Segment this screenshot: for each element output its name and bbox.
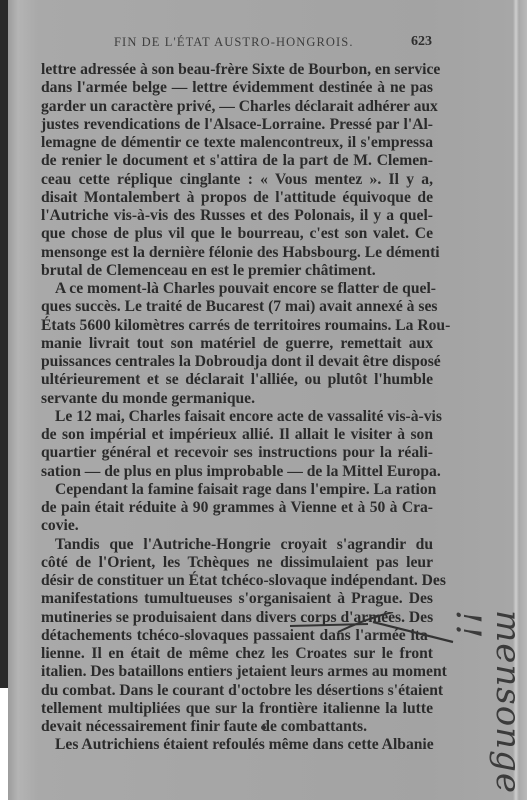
text-line: garder un caractère privé, — Charles déc… bbox=[41, 98, 433, 116]
text-line: Les Autrichiens étaient refoulés même da… bbox=[41, 736, 433, 754]
text-line: de renier le document et s'attira de la … bbox=[41, 152, 433, 170]
text-line: Tandis que l'Autriche-Hongrie croyait s'… bbox=[41, 536, 433, 554]
text-line: servante du monde germanique. bbox=[41, 390, 433, 408]
text-line: quartier général et recevoir ses instruc… bbox=[41, 444, 433, 462]
text-line: mensonge est la dernière félonie des Hab… bbox=[41, 244, 433, 262]
text-line: Le 12 mai, Charles faisait encore acte d… bbox=[41, 408, 433, 426]
text-line: ultérieurement et se déclarait l'alliée,… bbox=[41, 371, 433, 389]
text-line: sation — de plus en plus improbable — de… bbox=[41, 463, 433, 481]
text-line: lettre adressée à son beau-frère Sixte d… bbox=[41, 61, 433, 79]
page-header: FIN DE L'ÉTAT AUSTRO-HONGROIS. 623 bbox=[42, 35, 432, 53]
text-line: dans l'armée belge — lettre évidemment d… bbox=[41, 79, 433, 97]
text-line: italien. Des bataillons entiers jetaient… bbox=[41, 663, 433, 681]
page-number: 623 bbox=[411, 34, 432, 50]
text-line: disait Montalembert à propos de l'attitu… bbox=[41, 189, 433, 207]
text-line: brutal de Clemenceau en est le premier c… bbox=[41, 262, 433, 280]
text-line: devait nécessairement finir faute de com… bbox=[41, 718, 433, 736]
text-line: ceau cette réplique cinglante : « Vous m… bbox=[41, 171, 433, 189]
text-line: A ce moment-là Charles pouvait encore se… bbox=[41, 280, 433, 298]
text-line: du combat. Dans le courant d'octobre les… bbox=[41, 682, 433, 700]
folio-dot bbox=[261, 725, 266, 730]
handwritten-margin-note: mensonge !! bbox=[468, 568, 508, 800]
text-line: puissances centrales la Dobroudja dont i… bbox=[41, 353, 433, 371]
text-line: lemagne de démentir ce texte malencontre… bbox=[41, 134, 433, 152]
text-line: que chose de plus vil que le bourreau, c… bbox=[41, 225, 433, 243]
running-title: FIN DE L'ÉTAT AUSTRO-HONGROIS. bbox=[114, 35, 354, 50]
text-line: l'Autriche vis-à-vis des Russes et des P… bbox=[41, 207, 433, 225]
text-line: justes revendications de l'Alsace-Lorrai… bbox=[41, 116, 433, 134]
text-line: côté de l'Orient, les Tchèques ne dissim… bbox=[41, 554, 433, 572]
text-line: covie. bbox=[41, 517, 433, 535]
text-line: ques succès. Le traité de Bucarest (7 ma… bbox=[41, 298, 433, 316]
pen-strike-mark-icon bbox=[258, 612, 458, 652]
text-line: de pain était réduite à 90 grammes à Vie… bbox=[41, 499, 433, 517]
text-line: Cependant la famine faisait rage dans l'… bbox=[41, 481, 433, 499]
scan-frame: FIN DE L'ÉTAT AUSTRO-HONGROIS. 623 lettr… bbox=[0, 0, 527, 800]
text-line: États 5600 kilomètres carrés de territoi… bbox=[41, 317, 433, 335]
book-page: FIN DE L'ÉTAT AUSTRO-HONGROIS. 623 lettr… bbox=[8, 0, 527, 800]
text-line: tellement multipliées que sur la frontiè… bbox=[41, 700, 433, 718]
text-line: désir de constituer un État tchéco-slova… bbox=[41, 572, 433, 590]
text-line: manie livrait tout son matériel de guerr… bbox=[41, 335, 433, 353]
text-line: manifestations tumultueuses s'organisaie… bbox=[41, 590, 433, 608]
margin-note-text: mensonge !! bbox=[448, 610, 527, 790]
text-line: de son impérial et impérieux allié. Il a… bbox=[41, 426, 433, 444]
